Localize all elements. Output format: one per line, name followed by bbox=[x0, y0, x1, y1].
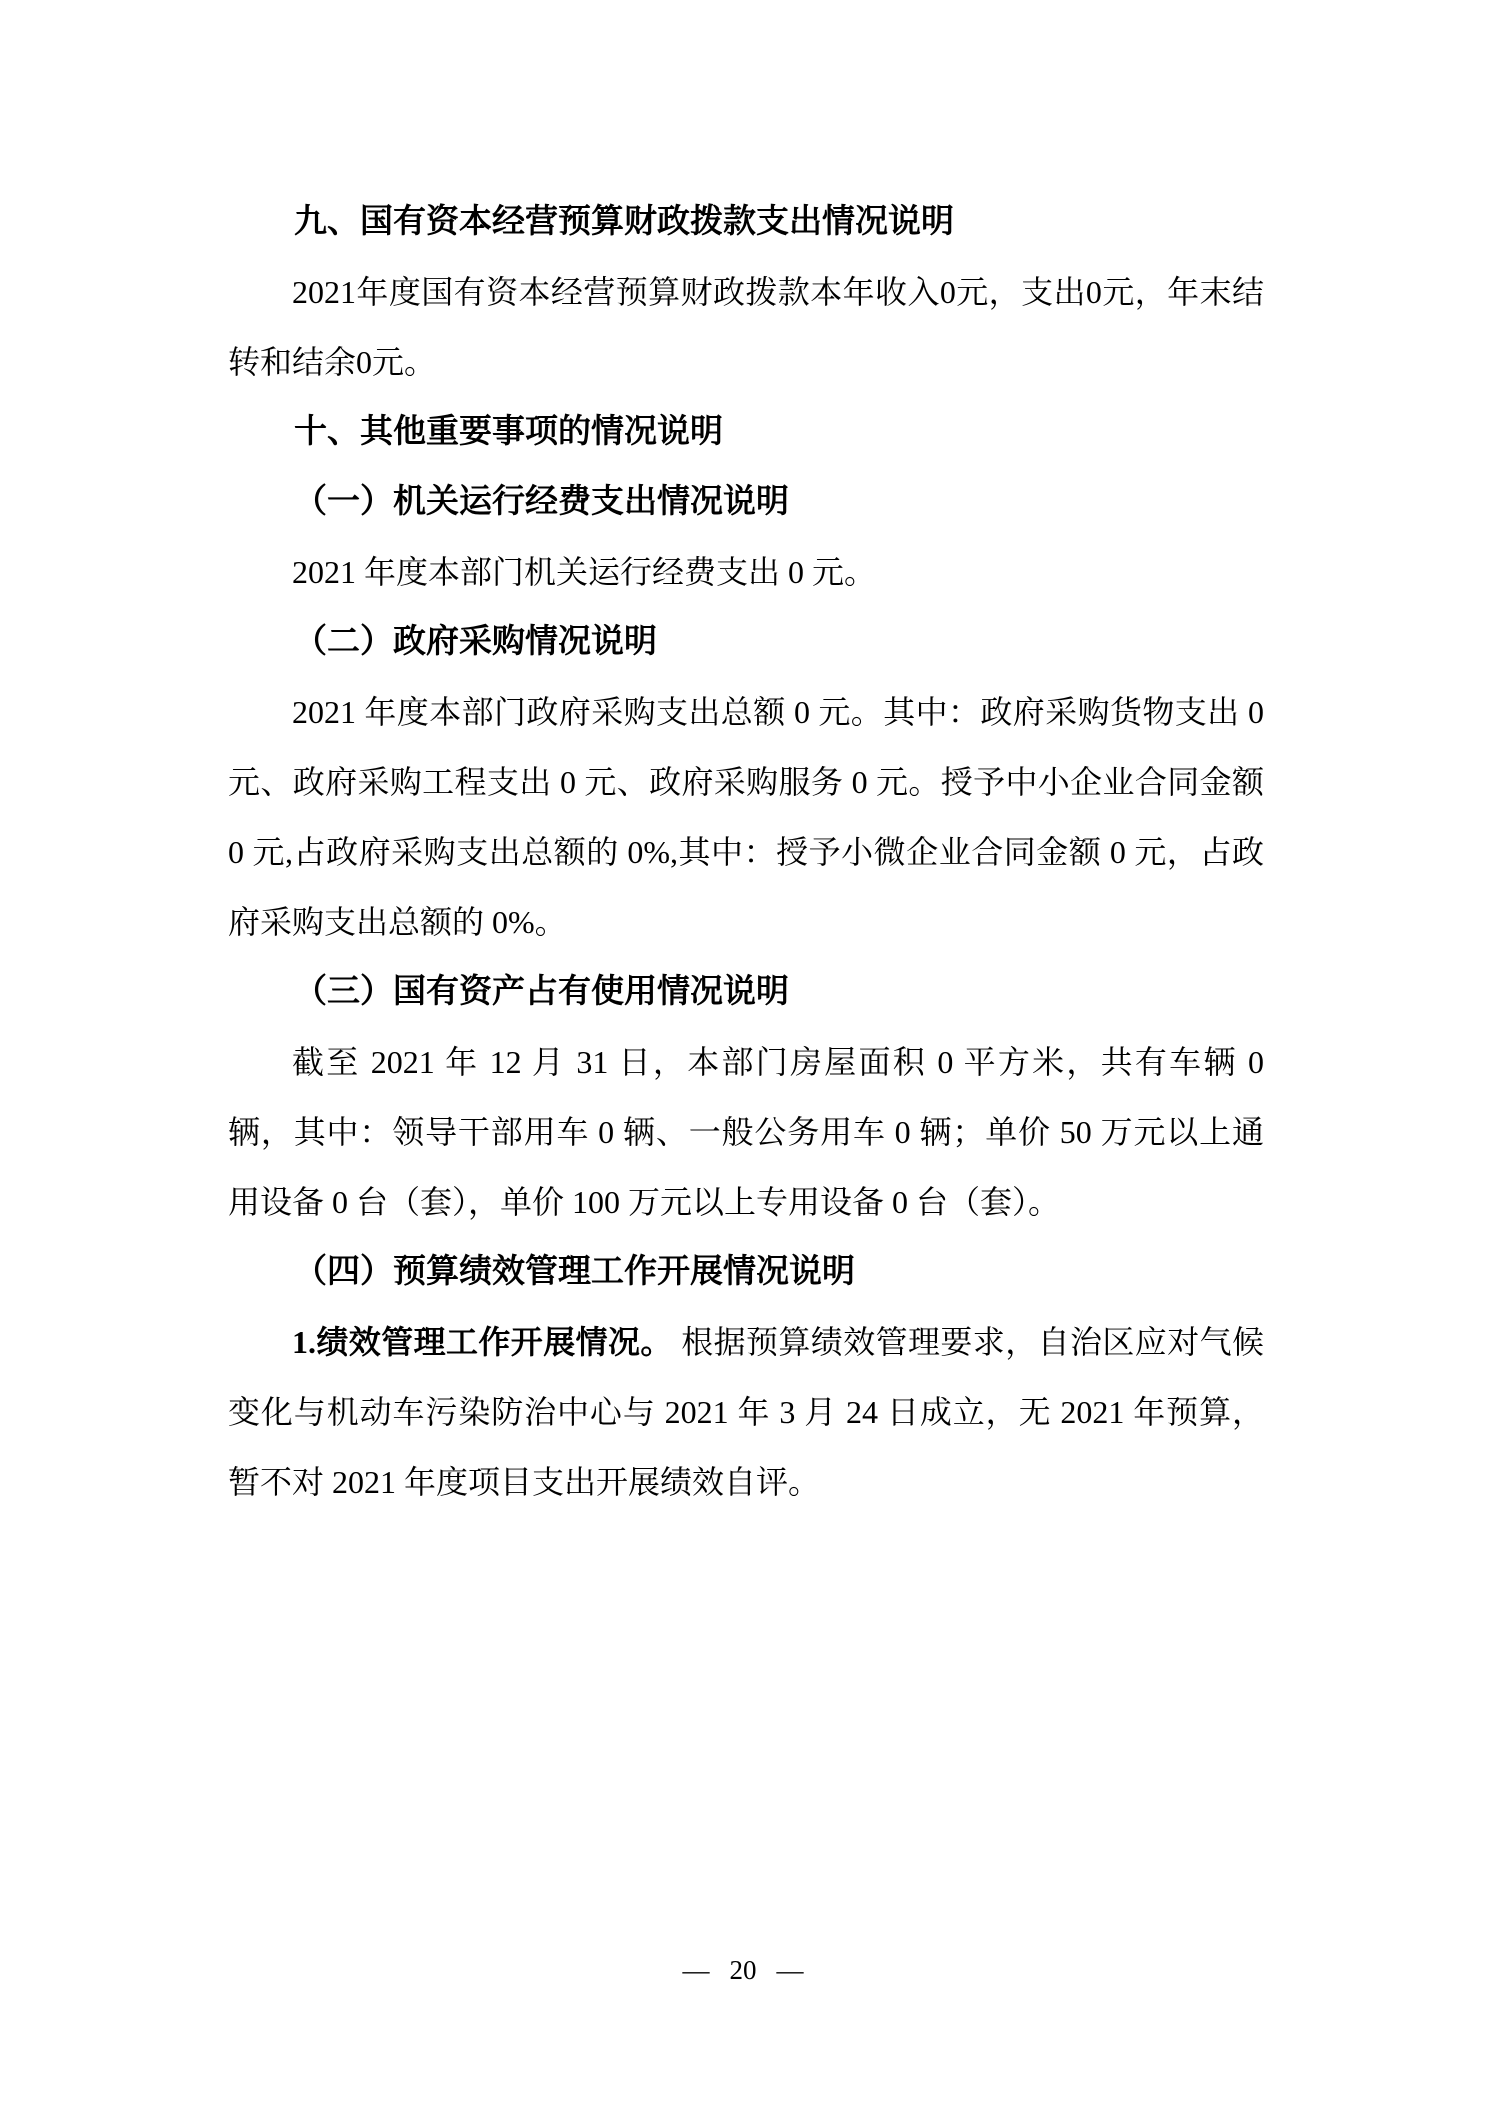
heading-state-capital-budget: 九、国有资本经营预算财政拨款支出情况说明 bbox=[228, 187, 1264, 257]
para-state-capital-budget: 2021年度国有资本经营预算财政拨款本年收入0元，支出0元，年末结转和结余0元。 bbox=[228, 257, 1264, 397]
para-agency-operating-expense: 2021 年度本部门机关运行经费支出 0 元。 bbox=[228, 537, 1264, 607]
heading-government-procurement: （二）政府采购情况说明 bbox=[228, 607, 1264, 677]
page-footer: —20— bbox=[0, 1950, 1486, 1990]
heading-other-important-matters: 十、其他重要事项的情况说明 bbox=[228, 397, 1264, 467]
document-page: 九、国有资本经营预算财政拨款支出情况说明 2021年度国有资本经营预算财政拨款本… bbox=[0, 0, 1486, 2103]
footer-dash-right: — bbox=[767, 1955, 814, 1985]
para-state-assets-usage: 截至 2021 年 12 月 31 日，本部门房屋面积 0 平方米，共有车辆 0… bbox=[228, 1027, 1264, 1237]
para-budget-performance: 1.绩效管理工作开展情况。 根据预算绩效管理要求，自治区应对气候变化与机动车污染… bbox=[228, 1307, 1264, 1517]
performance-lead-sentence: 1.绩效管理工作开展情况。 bbox=[292, 1324, 673, 1360]
heading-budget-performance: （四）预算绩效管理工作开展情况说明 bbox=[228, 1237, 1264, 1307]
footer-dash-left: — bbox=[673, 1955, 720, 1985]
heading-agency-operating-expense: （一）机关运行经费支出情况说明 bbox=[228, 467, 1264, 537]
para-government-procurement: 2021 年度本部门政府采购支出总额 0 元。其中：政府采购货物支出 0 元、政… bbox=[228, 677, 1264, 957]
document-body: 九、国有资本经营预算财政拨款支出情况说明 2021年度国有资本经营预算财政拨款本… bbox=[228, 187, 1264, 1517]
heading-state-assets-usage: （三）国有资产占有使用情况说明 bbox=[228, 957, 1264, 1027]
page-number: 20 bbox=[720, 1955, 767, 1985]
